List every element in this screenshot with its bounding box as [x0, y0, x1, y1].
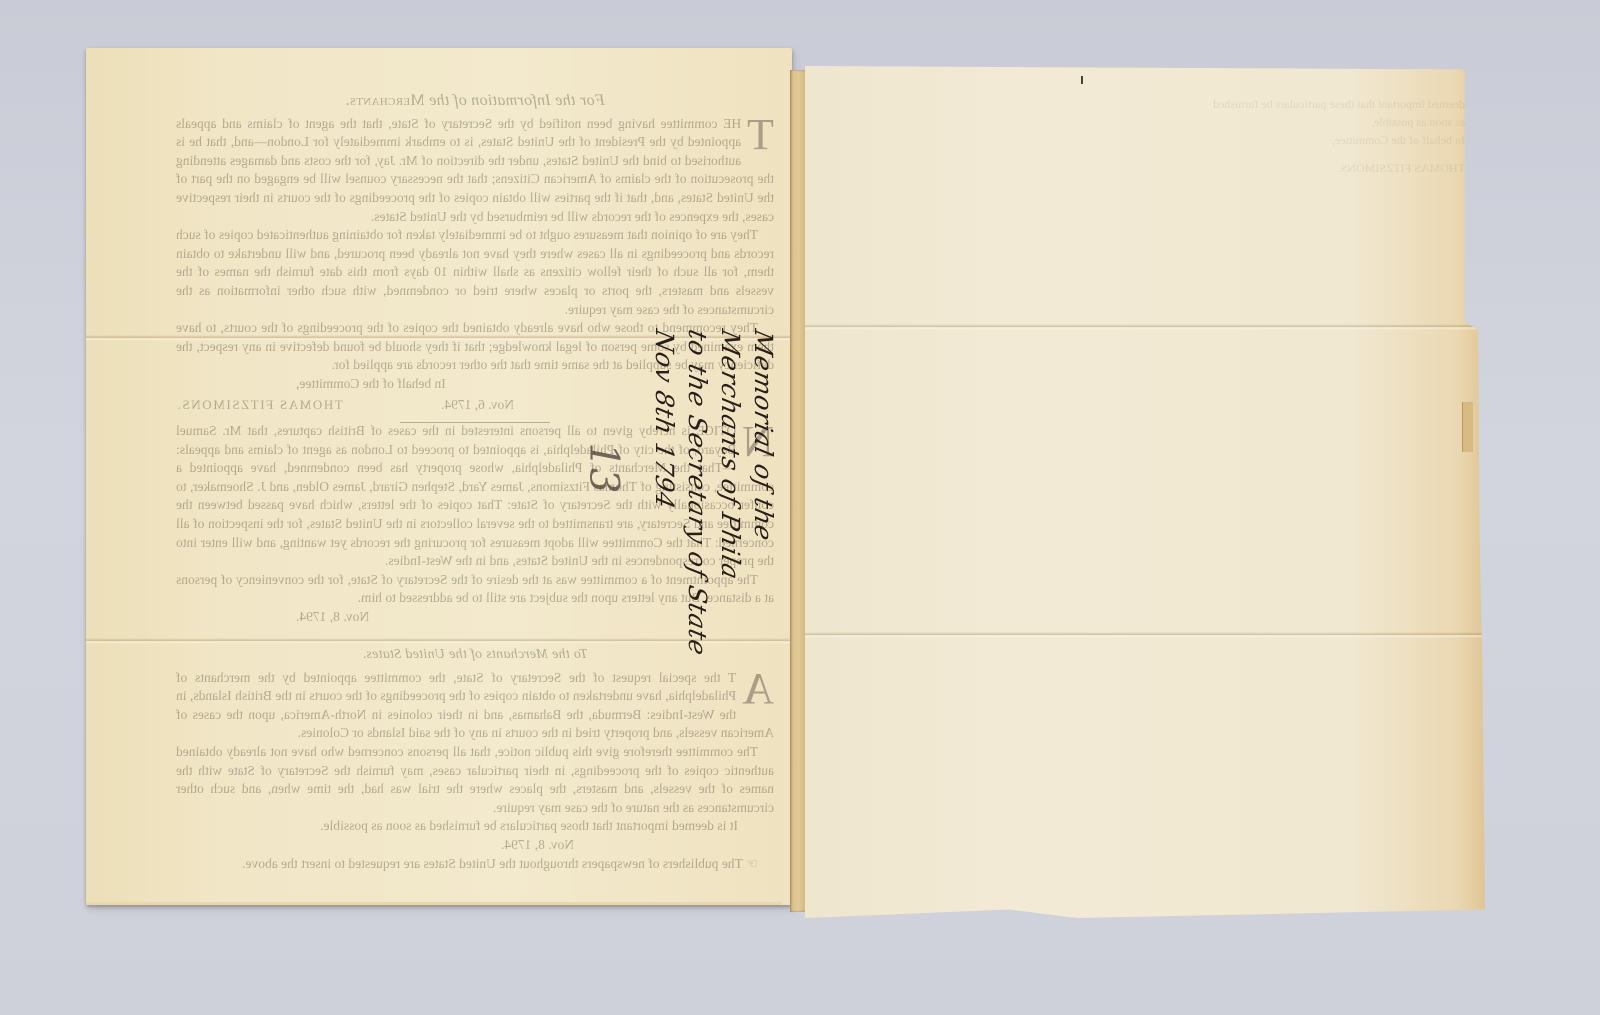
- docket-line: Nov 8th 1794: [648, 326, 681, 633]
- signature-name: THOMAS FITZSIMONS.: [176, 396, 343, 415]
- paragraph: The committee therefore give this public…: [176, 743, 774, 817]
- photo-stage: For the Information of the Merchants. T …: [0, 0, 1600, 1015]
- docket-line: Merchants of Phila: [714, 326, 747, 633]
- fold-crease: [805, 324, 1485, 330]
- drop-cap: A: [742, 671, 774, 707]
- right-page: deemed important that these particulars …: [805, 66, 1485, 918]
- faint-show-through: THOMAS FITZSIMONS.: [1085, 160, 1465, 176]
- torn-edge-fragment: [1462, 402, 1473, 452]
- paragraph: They are of opinion that measures ought …: [176, 226, 774, 319]
- docket-line: Memorial of the: [747, 326, 780, 633]
- notice-1-heading: For the Information of the Merchants.: [176, 92, 774, 111]
- paragraph: T the special request of the Secretary o…: [176, 669, 774, 743]
- notice-merchants-of-united-states: To the Merchants of the United States. A…: [176, 646, 774, 873]
- postscript: ☞ The publishers of newspapers throughou…: [176, 855, 774, 874]
- paragraph: HE committee having been notified by the…: [176, 115, 774, 227]
- handwritten-docket: Memorial of the Merchants of Phila to th…: [610, 330, 780, 630]
- faint-show-through: deemed important that these particulars …: [1085, 96, 1465, 112]
- under-sheet-edge: [86, 902, 782, 905]
- drop-cap: T: [747, 117, 774, 153]
- paragraph: It is deemed important that those partic…: [176, 817, 774, 836]
- fold-crease: [805, 632, 1485, 638]
- faint-show-through: In behalf of the Committee,: [1085, 132, 1465, 148]
- ink-mark: [1081, 76, 1083, 84]
- faint-show-through: as soon as possible.: [1085, 114, 1465, 130]
- notice-date: Nov. 8, 1794.: [176, 836, 774, 855]
- docket-line: to the Secretary of State: [681, 326, 714, 633]
